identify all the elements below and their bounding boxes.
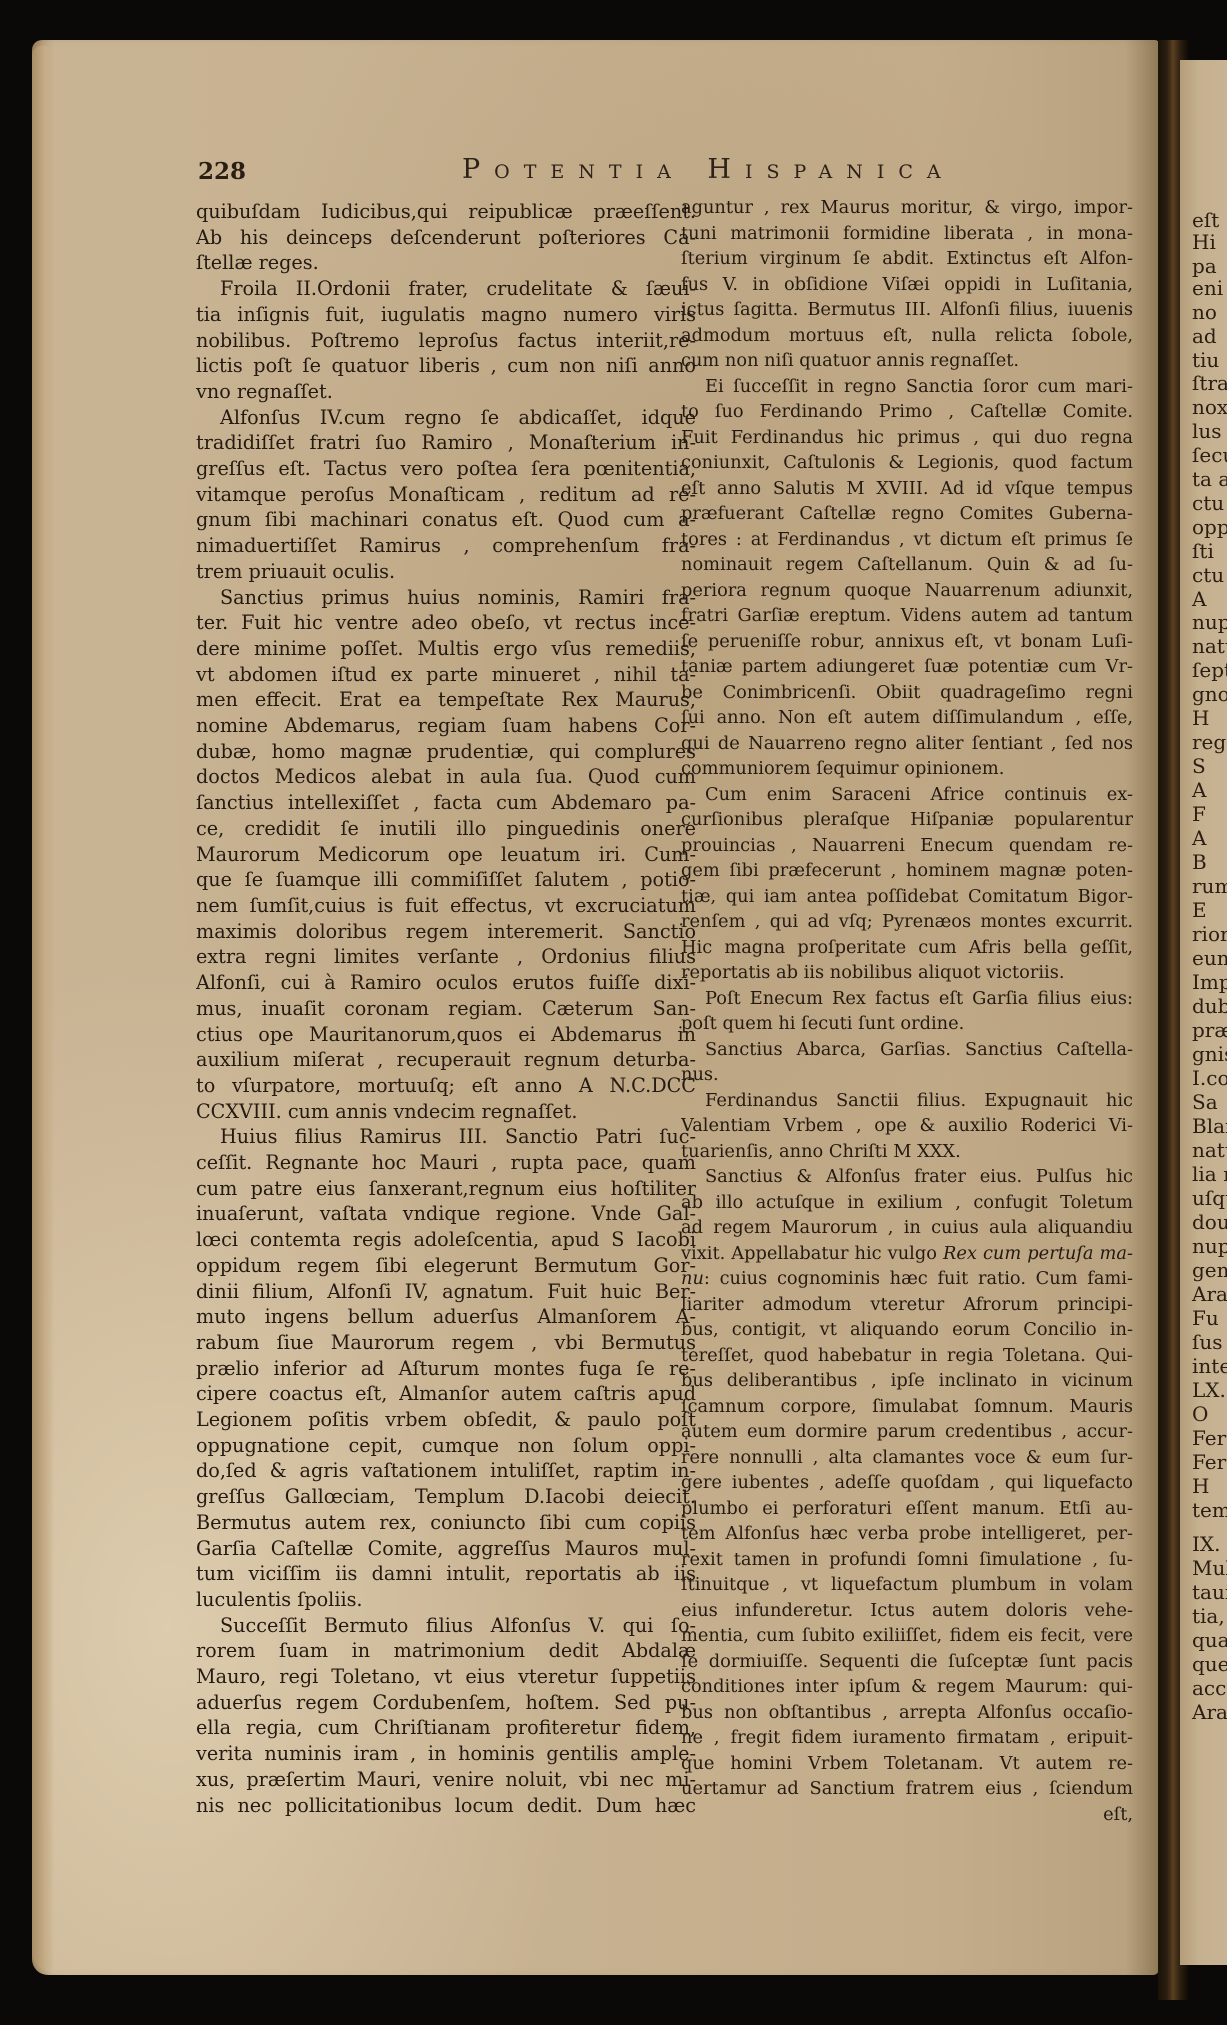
- text-line: Cum enim Saraceni Africe continuis ex-: [681, 782, 1133, 808]
- text-line: ſtinuitque , vt liquefactum plumbum in v…: [681, 1572, 1133, 1598]
- text-line: verita numinis iram , in hominis gentili…: [196, 1741, 696, 1767]
- text-line: ctius ope Mauritanorum,quos ei Abdemarus…: [196, 1022, 696, 1048]
- text-line: tradidiſſet fratri ſuo Ramiro , Monaſter…: [196, 430, 696, 456]
- page-fore-edge: [32, 46, 54, 1969]
- text-line: lœci contemta regis adoleſcentia, apud S…: [196, 1227, 696, 1253]
- text-line: dere minime poſſet. Multis ergo vſus rem…: [196, 636, 696, 662]
- text-line: reportatis ab iis nobilibus aliquot vict…: [681, 960, 1133, 986]
- text-line: ella regia, cum Chriſtianam profiteretur…: [196, 1715, 696, 1741]
- adjacent-page-text-fragment: nox: [1192, 397, 1227, 417]
- adjacent-page-text-fragment: lia re: [1192, 1164, 1227, 1184]
- adjacent-page-text-fragment: ctu: [1192, 565, 1224, 585]
- adjacent-page-text-fragment: temp: [1192, 1500, 1227, 1520]
- text-line: ſtellæ reges.: [196, 250, 696, 276]
- text-line: Hic magna proſperitate cum Afris bella g…: [681, 935, 1133, 961]
- text-line: ter. Fuit hic ventre adeo obeſo, vt rect…: [196, 610, 696, 636]
- text-line: quibuſdam Iudicibus,qui reipublicæ præeſ…: [196, 199, 696, 225]
- running-title: Potentia Hispanica: [462, 154, 955, 185]
- text-line: ſe perueniſſe robur, annixus eſt, vt bon…: [681, 629, 1133, 655]
- text-line: ſui anno. Non eſt autem diſſimulandum , …: [681, 705, 1133, 731]
- text-line: coniunxit, Caſtulonis & Legionis, quod f…: [681, 450, 1133, 476]
- text-line: tereſſet, quod habebatur in regia Toleta…: [681, 1343, 1133, 1369]
- text-line: prouincias , Nauarreni Enecum quendam re…: [681, 833, 1133, 859]
- left-text-column: quibuſdam Iudicibus,qui reipublicæ præeſ…: [196, 199, 696, 1818]
- text-line: que homini Vrbem Toletanam. Vt autem re-: [681, 1751, 1133, 1777]
- text-line: Huius filius Ramirus III. Sanctio Patri …: [196, 1124, 696, 1150]
- text-line: tia inſignis fuit, iugulatis magno numer…: [196, 302, 696, 328]
- text-line: conditiones inter ipſum & regem Maurum: …: [681, 1674, 1133, 1700]
- text-line: rorem ſuam in matrimonium dedit Abdalæ: [196, 1638, 696, 1664]
- text-line: oppugnatione cepit, cumque non ſolum opp…: [196, 1433, 696, 1459]
- text-line: nus.: [681, 1062, 1133, 1088]
- text-line: tuni matrimonii formidine liberata , in …: [681, 221, 1133, 247]
- text-line: ictus ſagitta. Bermutus III. Alfonſi fil…: [681, 297, 1133, 323]
- adjacent-page-text-fragment: ctu: [1192, 493, 1224, 513]
- text-line: Mauro, regi Toletano, vt eius vteretur ſ…: [196, 1664, 696, 1690]
- text-line: nomine Abdemarus, regiam ſuam habens Cor…: [196, 713, 696, 739]
- adjacent-page-text-fragment: eſt: [1192, 210, 1219, 230]
- adjacent-page-text-fragment: eum: [1192, 948, 1227, 968]
- text-line: Ferdinandus Sanctii filius. Expugnauit h…: [681, 1088, 1133, 1114]
- adjacent-page-text-fragment: duba: [1192, 996, 1227, 1016]
- text-line: ce, credidit ſe inutili illo pinguedinis…: [196, 816, 696, 842]
- text-line: aguntur , rex Maurus moritur, & virgo, i…: [681, 195, 1133, 221]
- text-line: cipere coactus eſt, Almanſor autem caſtr…: [196, 1381, 696, 1407]
- text-line: communiorem ſequimur opinionem.: [681, 756, 1133, 782]
- text-line: Bermutus autem rex, coniuncto ſibi cum c…: [196, 1510, 696, 1536]
- adjacent-page-text-fragment: Blan: [1192, 1116, 1227, 1136]
- text-line: Ab his deinceps deſcenderunt poſteriores…: [196, 225, 696, 251]
- text-line: Poſt Enecum Rex factus eſt Garſia filius…: [681, 986, 1133, 1012]
- text-line: plumbo ei perforaturi eſſent manum. Etſi…: [681, 1496, 1133, 1522]
- text-line: men effecit. Erat ea tempeſtate Rex Maur…: [196, 687, 696, 713]
- text-line: ſanctius intellexiſſet , facta cum Abdem…: [196, 790, 696, 816]
- text-line: prælio inferior ad Aſturum montes fuga ſ…: [196, 1356, 696, 1382]
- text-line: Alfonſus IV.cum regno ſe abdicaſſet, idq…: [196, 405, 696, 431]
- adjacent-page-text-fragment: rum: [1192, 876, 1227, 896]
- adjacent-page-text-fragment: ſtra: [1192, 373, 1227, 393]
- text-line: nimaduertiſſet Ramirus , comprehenſum fr…: [196, 533, 696, 559]
- right-text-column: aguntur , rex Maurus moritur, & virgo, i…: [681, 195, 1133, 1827]
- adjacent-page-text-fragment: E: [1192, 900, 1207, 920]
- text-line: renſem , qui ad vſq; Pyrenæos montes exc…: [681, 909, 1133, 935]
- text-line: xus, præſertim Mauri, venire noluit, vbi…: [196, 1767, 696, 1793]
- text-line: doctos Medicos alebat in aula ſua. Quod …: [196, 764, 696, 790]
- text-line: præfuerant Caſtellæ regno Comites Gubern…: [681, 501, 1133, 527]
- text-line: mus, inuaſit coronam regiam. Cæterum San…: [196, 996, 696, 1022]
- text-line: greſſus eſt. Tactus vero poſtea ſera pœn…: [196, 456, 696, 482]
- text-line: qui de Nauarreno regno aliter ſentiant ,…: [681, 731, 1133, 757]
- text-line: eius infunderetur. Ictus autem doloris v…: [681, 1598, 1133, 1624]
- page-number: 228: [198, 158, 246, 185]
- text-line: to ſuo Ferdinando Primo , Caſtellæ Comit…: [681, 399, 1133, 425]
- adjacent-page-text-fragment: H: [1192, 1476, 1209, 1496]
- adjacent-page-text-fragment: Ferdi: [1192, 1452, 1227, 1472]
- adjacent-page-text-fragment: Impe: [1192, 972, 1227, 992]
- italic-phrase: nu: [681, 1268, 704, 1289]
- text-line: rabum ſiue Maurorum regem , vbi Bermutus: [196, 1330, 696, 1356]
- adjacent-page-text-fragment: Mult: [1192, 1558, 1227, 1578]
- adjacent-page-text-fragment: Sa: [1192, 1092, 1218, 1112]
- adjacent-page-text-fragment: tiu: [1192, 350, 1219, 370]
- text-line: ab illo actuſque in exilium , confugit T…: [681, 1190, 1133, 1216]
- italic-phrase: Rex cum pertuſa ma-: [943, 1243, 1133, 1264]
- adjacent-page-text-fragment: ſti: [1192, 541, 1214, 561]
- text-line: auxilium miſerat , recuperauit regnum de…: [196, 1047, 696, 1073]
- adjacent-page-text-fragment: rior: [1192, 924, 1227, 944]
- text-line: bus, contigit, vt aliquando eorum Concil…: [681, 1317, 1133, 1343]
- text-line: Valentiam Vrbem , ope & auxilio Roderici…: [681, 1113, 1133, 1139]
- adjacent-page-text-fragment: Arag: [1192, 1702, 1227, 1722]
- text-line: ſe dormiuiſſe. Sequenti die ſuſceptæ ſun…: [681, 1649, 1133, 1675]
- text-line: autem eum dormire parum credentibus , ac…: [681, 1419, 1133, 1445]
- text-line: ne , fregit fidem iuramento firmatam , e…: [681, 1725, 1133, 1751]
- adjacent-page-text-fragment: nup: [1192, 612, 1227, 632]
- adjacent-page-text-fragment: natu: [1192, 636, 1227, 656]
- text-line: Sanctius primus huius nominis, Ramiri fr…: [196, 585, 696, 611]
- text-line: luculentis ſpoliis.: [196, 1587, 696, 1613]
- text-line: extra regni limites verſante , Ordonius …: [196, 944, 696, 970]
- text-line: aduerſus regem Cordubenſem, hoſtem. Sed …: [196, 1690, 696, 1716]
- text-line: trem priuauit oculis.: [196, 559, 696, 585]
- adjacent-page-text-fragment: ſept: [1192, 660, 1227, 680]
- text-line: taniæ partem adiungeret ſuæ potentiæ cum…: [681, 654, 1133, 680]
- adjacent-page-text-fragment: opp: [1192, 517, 1227, 537]
- text-line: greſſus Gallœciam, Templum D.Iacobi deie…: [196, 1484, 696, 1510]
- text-line: bus deliberantibus , ipſe inclinato in v…: [681, 1368, 1133, 1394]
- text-line: rexit tamen in profundi ſomni ſimulation…: [681, 1547, 1133, 1573]
- text-line: Sanctius & Alfonſus frater eius. Pulſus …: [681, 1164, 1133, 1190]
- text-line: Garſia Caſtellæ Comite, aggreſſus Mauros…: [196, 1536, 696, 1562]
- text-line: uertamur ad Sanctium fratrem eius , ſcie…: [681, 1776, 1133, 1802]
- adjacent-page-text-fragment: ſecu: [1192, 445, 1227, 465]
- adjacent-page-text-fragment: lus: [1192, 421, 1222, 441]
- adjacent-page-text-fragment: inter: [1192, 1356, 1227, 1376]
- text-line: maximis doloribus regem interemerit. San…: [196, 919, 696, 945]
- text-line: bus non obſtantibus , arrepta Alfonſus o…: [681, 1700, 1133, 1726]
- adjacent-page-recto: eſtHipaeninoadtiuſtranoxlusſecuta actuop…: [1180, 60, 1227, 1965]
- text-line: Froila II.Ordonii frater, crudelitate & …: [196, 276, 696, 302]
- text-line: ceſſit. Regnante hoc Mauri , rupta pace,…: [196, 1150, 696, 1176]
- text-line: poſt quem hi ſecuti ſunt ordine.: [681, 1011, 1133, 1037]
- adjacent-page-text-fragment: Hi: [1192, 232, 1216, 252]
- text-line: dinii filium, Alfonſi IV, agnatum. Fuit …: [196, 1279, 696, 1305]
- text-line: tum viciſſim iis damni intulit, reportat…: [196, 1561, 696, 1587]
- adjacent-page-text-fragment: gnis: [1192, 1044, 1227, 1064]
- text-line: Sanctius Abarca, Garſias. Sanctius Caſte…: [681, 1037, 1133, 1063]
- text-line: Legionem poſitis vrbem obſedit, & paulo …: [196, 1407, 696, 1433]
- text-line: Fuit Ferdinandus hic primus , qui duo re…: [681, 425, 1133, 451]
- text-line: ſterium virginum ſe abdit. Extinctus eſt…: [681, 246, 1133, 272]
- text-line: Alfonſi, cui à Ramiro oculos erutos fuiſ…: [196, 970, 696, 996]
- text-line: eſt anno Salutis M XVIII. Ad id vſque te…: [681, 476, 1133, 502]
- text-line: nu: cuius cognominis hæc fuit ratio. Cum…: [681, 1266, 1133, 1292]
- adjacent-page-text-fragment: præ: [1192, 1020, 1227, 1040]
- text-line: cum patre eius ſanxerant,regnum eius hoſ…: [196, 1176, 696, 1202]
- text-line: nobilibus. Poſtremo leproſus factus inte…: [196, 328, 696, 354]
- text-line: mentia, cum ſubito exiliiſſet, fidem eis…: [681, 1623, 1133, 1649]
- adjacent-page-text-fragment: Fu: [1192, 1308, 1219, 1328]
- text-line: curſionibus pleraſque Hiſpaniæ popularen…: [681, 807, 1133, 833]
- text-line: vitamque peroſus Monaſticam , reditum ad…: [196, 482, 696, 508]
- adjacent-page-text-fragment: ta a: [1192, 469, 1227, 489]
- text-line: muto ingens bellum aduerſus Almanſorem A…: [196, 1304, 696, 1330]
- text-line: ſus V. in obſidione Viſæi oppidi in Luſi…: [681, 272, 1133, 298]
- adjacent-page-text-fragment: pa: [1192, 256, 1217, 276]
- text-line: que ſe ſuamque illi commiſiſſet ſalutem …: [196, 867, 696, 893]
- text-line: nis nec pollicitationibus locum dedit. D…: [196, 1793, 696, 1819]
- adjacent-page-text-fragment: O: [1192, 1404, 1208, 1424]
- adjacent-page-text-fragment: F: [1192, 804, 1206, 824]
- adjacent-page-text-fragment: gno: [1192, 684, 1227, 704]
- text-line: be Conimbricenſi. Obiit quadrageſimo reg…: [681, 680, 1133, 706]
- text-line: cum non niſi quatuor annis regnaſſet.: [681, 348, 1133, 374]
- text-line: nominauit regem Caſtellanum. Quin & ad ſ…: [681, 552, 1133, 578]
- text-line: nem ſumſit,cuius is fuit effectus, vt ex…: [196, 893, 696, 919]
- text-line: vno regnaſſet.: [196, 379, 696, 405]
- adjacent-page-text-fragment: nupt: [1192, 1236, 1227, 1256]
- adjacent-page-text-fragment: tia,: [1192, 1606, 1225, 1626]
- text-line: rere nonnulli , alta clamantes voce & eu…: [681, 1445, 1133, 1471]
- text-line: periora regnum quoque Nauarrenum adiunxi…: [681, 578, 1133, 604]
- adjacent-page-text-fragment: uſqu: [1192, 1188, 1227, 1208]
- adjacent-page-text-fragment: I.cog: [1192, 1068, 1227, 1088]
- adjacent-page-text-fragment: quam: [1192, 1630, 1227, 1650]
- adjacent-page-text-fragment: H: [1192, 708, 1209, 728]
- adjacent-page-text-fragment: tauit: [1192, 1582, 1227, 1602]
- adjacent-page-text-fragment: que: [1192, 1654, 1227, 1674]
- adjacent-page-text-fragment: IX.: [1192, 1534, 1221, 1554]
- text-line: liariter admodum vteretur Afrorum princi…: [681, 1292, 1133, 1318]
- text-line: vt abdomen iſtud ex parte minueret , nih…: [196, 662, 696, 688]
- text-line: Succeſſit Bermuto filius Alfonſus V. qui…: [196, 1613, 696, 1639]
- text-line: CCXVIII. cum annis vndecim regnaſſet.: [196, 1099, 696, 1125]
- text-line: fratri Garſiæ ereptum. Videns autem ad t…: [681, 603, 1133, 629]
- adjacent-page-text-fragment: gem: [1192, 1260, 1227, 1280]
- adjacent-page-text-fragment: LX.: [1192, 1380, 1226, 1400]
- text-line: gem ſibi præfecerunt , hominem magnæ pot…: [681, 858, 1133, 884]
- adjacent-page-text-fragment: Ferdi: [1192, 1428, 1227, 1448]
- adjacent-page-text-fragment: rege: [1192, 732, 1227, 752]
- adjacent-page-text-fragment: no: [1192, 302, 1217, 322]
- adjacent-page-text-fragment: ad: [1192, 326, 1217, 346]
- adjacent-page-text-fragment: A: [1192, 780, 1206, 800]
- text-line: oppidum regem ſibi elegerunt Bermutum Go…: [196, 1253, 696, 1279]
- text-line: ad regem Maurorum , in cuius aula aliqua…: [681, 1215, 1133, 1241]
- text-line: vixit. Appellabatur hic vulgo Rex cum pe…: [681, 1241, 1133, 1267]
- text-line: inuaſerunt, vaſtata vndique regione. Vnd…: [196, 1201, 696, 1227]
- adjacent-page-text-fragment: A: [1192, 828, 1206, 848]
- text-line: Ei ſucceſſit in regno Sanctia ſoror cum …: [681, 374, 1133, 400]
- text-line: gnum ſibi machinari conatus eſt. Quod cu…: [196, 507, 696, 533]
- text-line: lictis poſt ſe quatuor liberis , cum non…: [196, 353, 696, 379]
- text-line: gere iubentes , adeſſe quoſdam , qui liq…: [681, 1470, 1133, 1496]
- adjacent-page-text-fragment: Arag: [1192, 1284, 1227, 1304]
- adjacent-page-text-fragment: doui: [1192, 1212, 1227, 1232]
- text-line: tuarienſis, anno Chriſti M XXX.: [681, 1139, 1133, 1165]
- text-line: Maurorum Medicorum ope leuatum iri. Cum-: [196, 842, 696, 868]
- text-line: do,ſed & agris vaſtationem intuliſſet, r…: [196, 1458, 696, 1484]
- text-line: admodum mortuus eſt, nulla relicta ſobol…: [681, 323, 1133, 349]
- text-line: to vſurpatore, mortuuſq; eſt anno A N.C.…: [196, 1073, 696, 1099]
- adjacent-page-text-fragment: accid: [1192, 1678, 1227, 1698]
- text-line: tiæ, qui iam antea poſſidebat Comitatum …: [681, 884, 1133, 910]
- text-line: ſcamnum corpore, ſimulabat ſomnum. Mauri…: [681, 1394, 1133, 1420]
- adjacent-page-text-fragment: ſus M: [1192, 1332, 1227, 1352]
- adjacent-page-text-fragment: natu: [1192, 1140, 1227, 1160]
- adjacent-page-text-fragment: B: [1192, 852, 1207, 872]
- text-line: dubæ, homo magnæ prudentiæ, qui complure…: [196, 739, 696, 765]
- adjacent-page-text-fragment: A: [1192, 589, 1206, 609]
- adjacent-page-text-fragment: eni: [1192, 278, 1223, 298]
- text-line: tem Alfonſus hæc verba probe intelligere…: [681, 1521, 1133, 1547]
- adjacent-page-text-fragment: S: [1192, 756, 1206, 776]
- text-line: tores : at Ferdinandus , vt dictum eſt p…: [681, 527, 1133, 553]
- catchword: eſt,: [681, 1802, 1133, 1828]
